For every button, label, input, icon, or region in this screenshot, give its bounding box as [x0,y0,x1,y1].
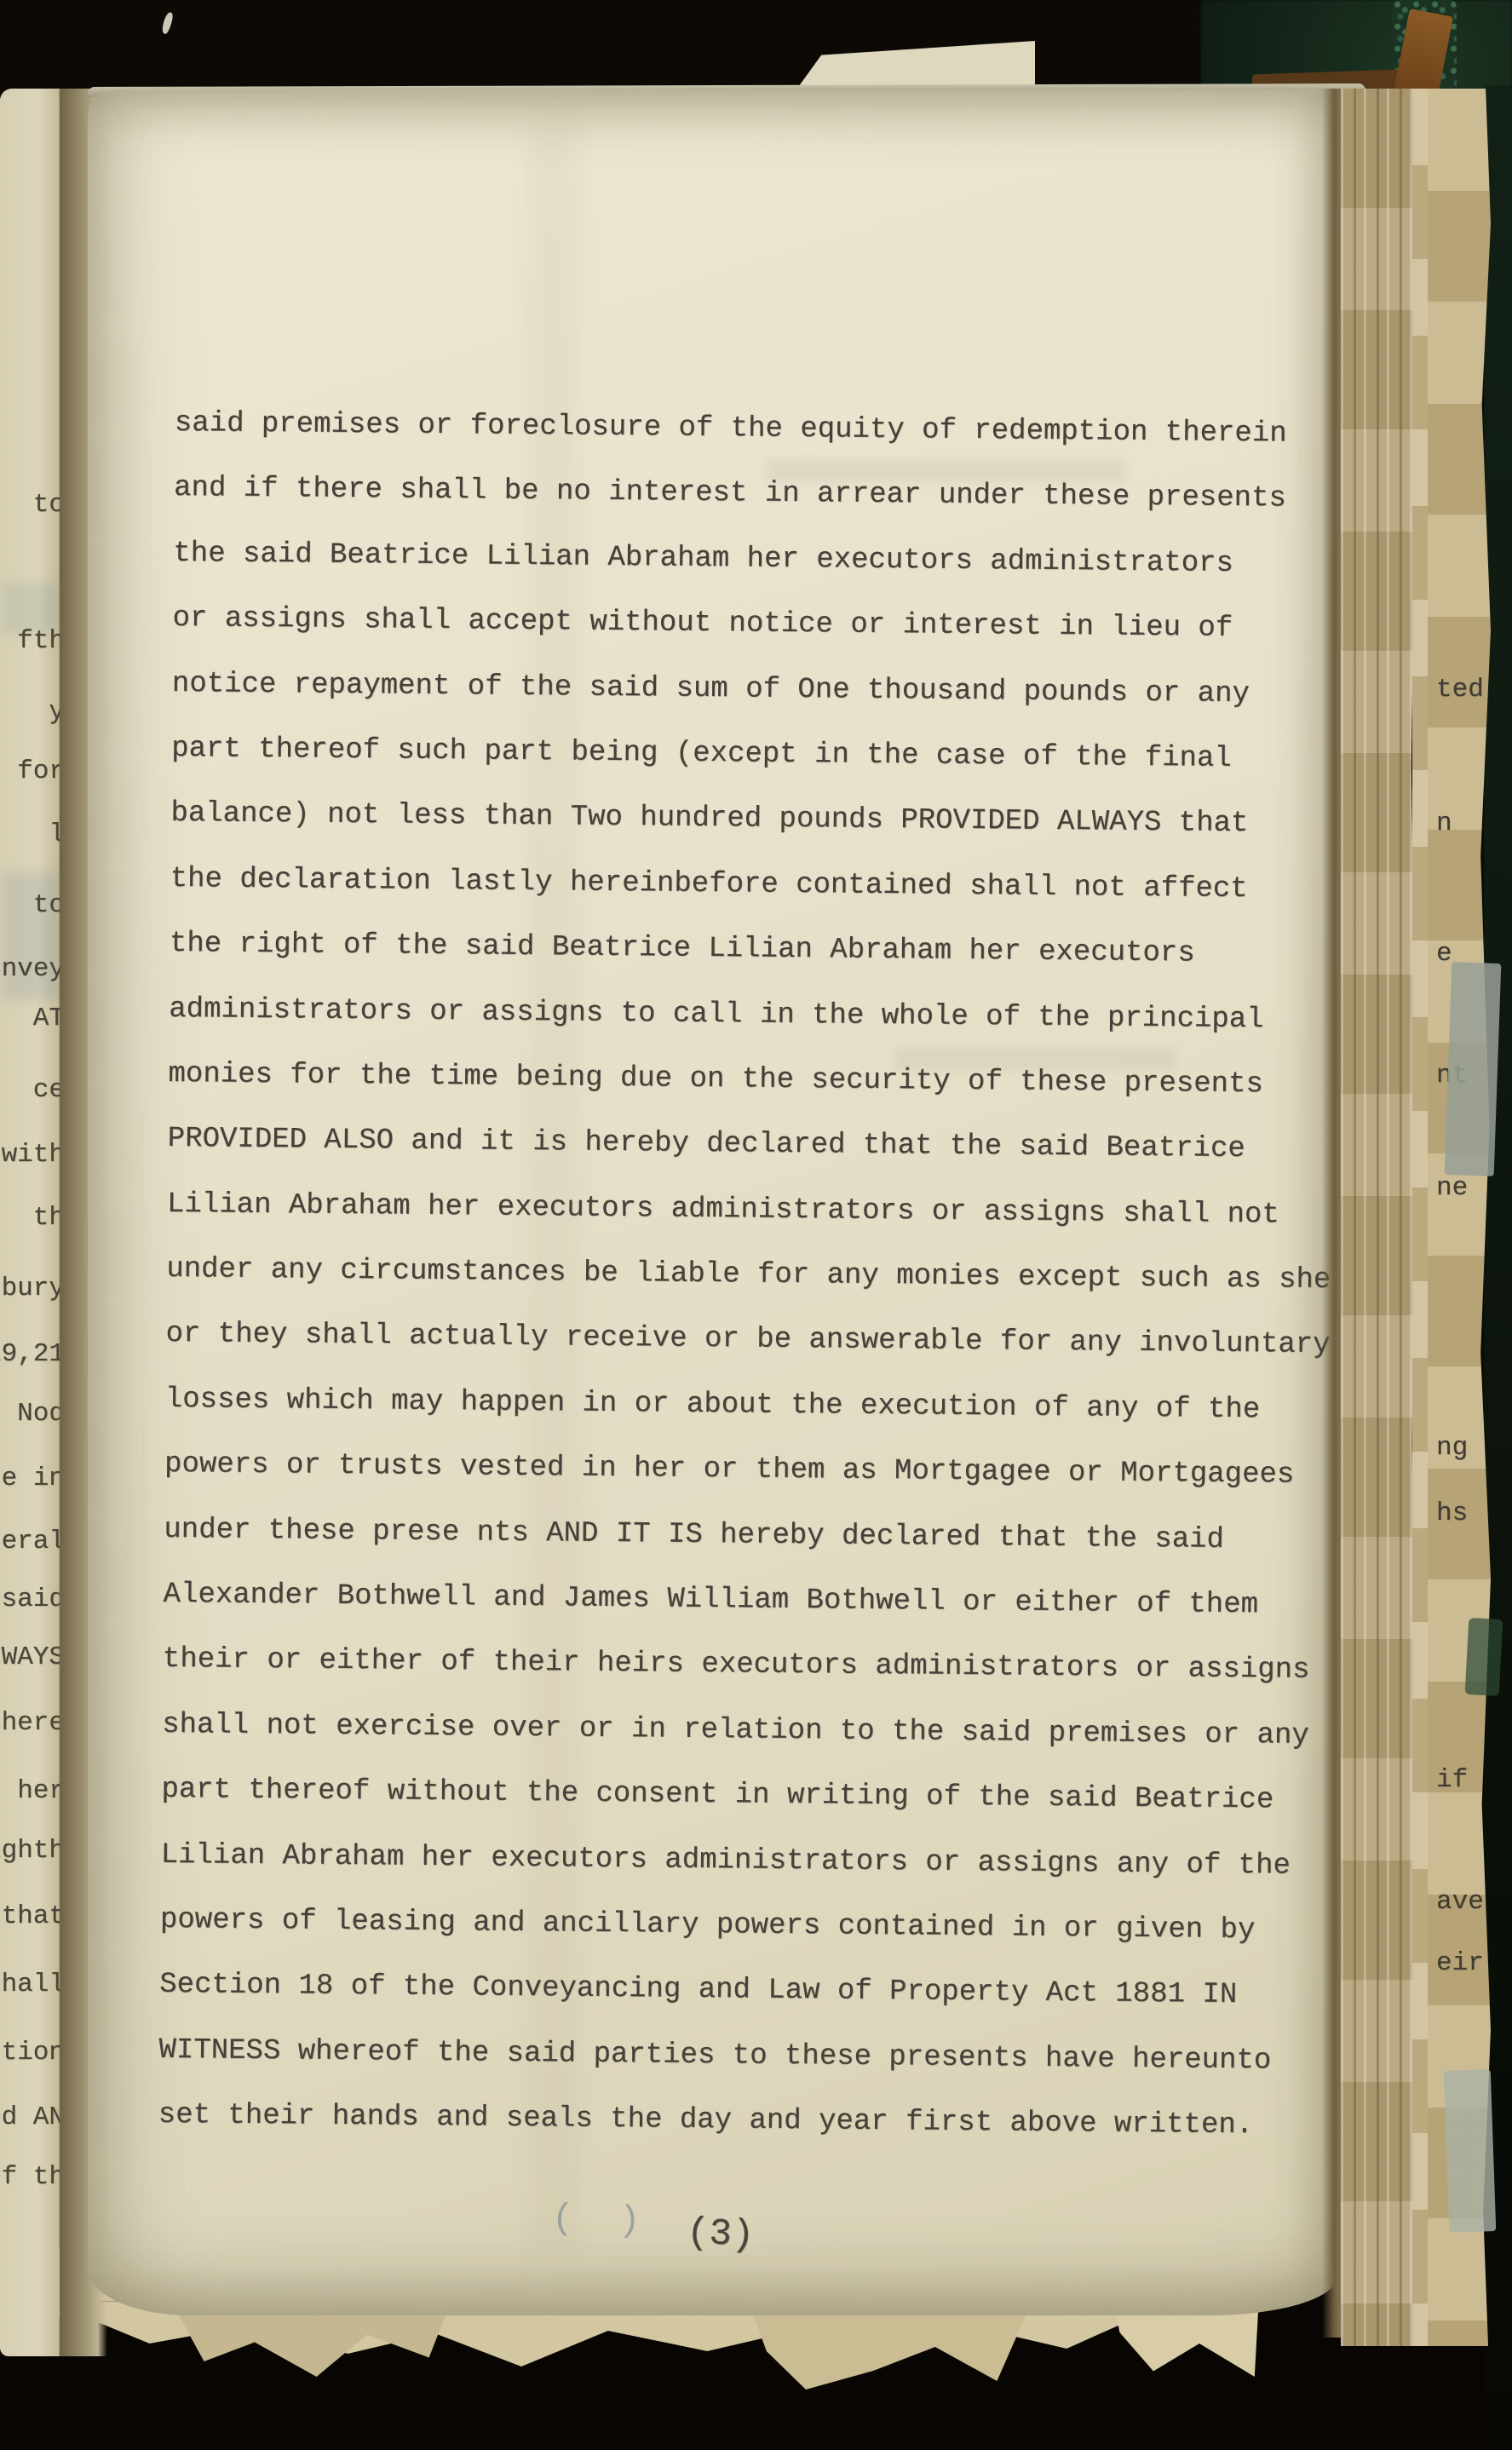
typed-line: administrators or assigns to call in the… [169,992,1315,1068]
typed-line: or they shall actually receive or be ans… [165,1318,1312,1394]
text-fragment: n her [0,1776,65,1806]
typed-line: part thereof such part being (except in … [171,733,1318,808]
typed-line: notice repayment of the said sum of One … [171,668,1318,744]
text-fragment: ted [1436,675,1484,705]
typed-line: monies for the time being due on the sec… [168,1058,1314,1134]
typed-line: losses which may happen in or about the … [164,1383,1311,1459]
text-fragment: eir [1436,1948,1484,1978]
text-fragment: ne [1436,1173,1468,1203]
tape-remnant [1445,962,1502,1176]
text-fragment: ave [1436,1887,1484,1917]
text-fragment: ineral [0,1527,65,1556]
text-fragment: re Nod [0,1399,65,1429]
typed-line: shall not exercise over or in relation t… [162,1709,1308,1785]
text-fragment: esbury [0,1274,65,1303]
typed-line: Lilian Abraham her executors administrat… [166,1188,1313,1264]
text-fragment: LWAYS [0,1642,65,1672]
text-fragment: n [1436,808,1452,838]
page-stack-ridges [1341,89,1416,2346]
page-stack-fragment-strip: ted n e nt ne ng hs if ave eir [1428,89,1491,2346]
previous-page-edge-strip: to fth y for l to nvey AT ce with th esb… [0,89,68,2356]
typed-line: PROVIDED ALSO and it is hereby declared … [167,1123,1314,1199]
scanned-deed-page-photo: to fth y for l to nvey AT ce with th esb… [0,0,1512,2450]
tape-remnant [1444,2069,1497,2233]
text-fragment: for [17,756,65,786]
cover-green-glimpse [1465,1618,1503,1696]
text-fragment: hs [1436,1498,1468,1528]
typed-line: the said Beatrice Lilian Abraham her exe… [173,538,1319,613]
typed-line: part thereof without the consent in writ… [161,1774,1308,1849]
typed-line: balance) not less than Two hundred pound… [170,797,1317,873]
typed-line: under these prese nts AND IT IS hereby d… [164,1514,1310,1590]
text-fragment: ighth [0,1836,65,1866]
text-fragment: with [2,1140,65,1170]
text-fragment: if [1436,1765,1468,1795]
faint-parentheses-mark: ( ) [551,2198,653,2242]
text-fragment: e said [0,1584,65,1614]
text-fragment: t there [0,1708,65,1738]
typed-line: powers or trusts vested in her or them a… [164,1448,1311,1524]
text-fragment: e of th [0,2162,65,2192]
typed-line: powers of leasing and ancillary powers c… [159,1904,1306,1980]
text-fragment: d shall [0,1970,65,1999]
typed-line: their or either of their heirs executors… [162,1643,1308,1719]
page-number: (3) [686,2211,756,2257]
text-fragment: nvey [2,954,65,984]
text-fragment: ,19,21 [0,1339,65,1369]
text-fragment: e [1436,939,1452,969]
text-fragment: tion [2,2038,65,2068]
text-fragment: ng [1436,1433,1468,1463]
text-fragment: fth [17,626,65,656]
typed-line: the right of the said Beatrice Lilian Ab… [169,928,1315,1004]
typed-text-block: said premises or foreclosure of the equi… [158,407,1320,2175]
typed-line: or assigns shall accept without notice o… [172,602,1319,678]
typed-line: WITNESS whereof the said parties to thes… [158,2034,1305,2110]
typed-line: set their hands and seals the day and ye… [158,2099,1304,2175]
text-fragment: that [2,1901,65,1931]
typed-line: Lilian Abraham her executors administrat… [160,1839,1307,1915]
typed-line: the declaration lastly hereinbefore cont… [170,863,1316,939]
typed-line: and if there shall be no interest in arr… [174,472,1320,548]
text-fragment: ited AN [0,2102,65,2132]
typed-line: Section 18 of the Conveyancing and Law o… [159,1969,1306,2045]
text-fragment: e in [2,1464,65,1493]
typed-line: Alexander Bothwell and James William Bot… [163,1579,1309,1654]
typed-line: under any circumstances be liable for an… [166,1253,1313,1329]
typed-line: said premises or foreclosure of the equi… [174,407,1320,483]
